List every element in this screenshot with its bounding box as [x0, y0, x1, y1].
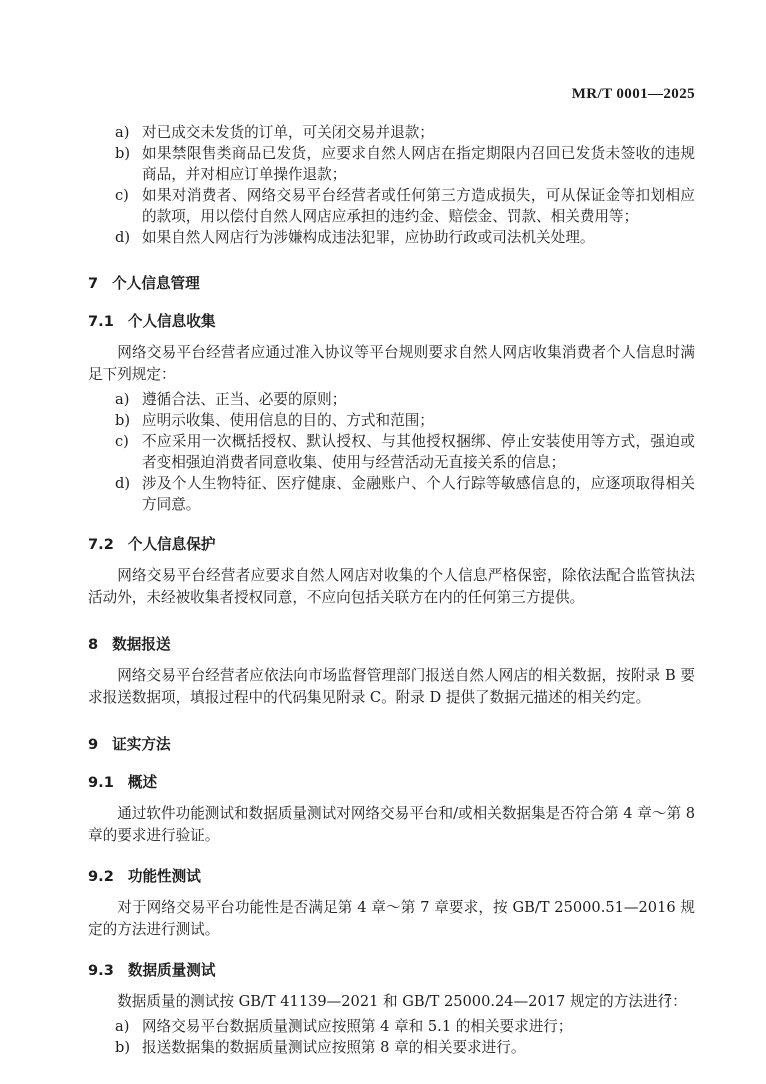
section-title: 个人信息收集: [128, 313, 216, 330]
clause-list-top: a) 对已成交未发货的订单，可关闭交易并退款； b) 如果禁限售类商品已发货，应…: [88, 122, 695, 248]
list-item: c) 如果对消费者、网络交易平台经营者或任何第三方造成损失，可从保证金等扣划相应…: [88, 185, 695, 227]
list-item: d) 如果自然人网店行为涉嫌构成违法犯罪，应协助行政或司法机关处理。: [88, 227, 695, 248]
list-item-text: 对已成交未发货的订单，可关闭交易并退款；: [142, 122, 695, 143]
list-item-text: 不应采用一次概括授权、默认授权、与其他授权捆绑、停止安装使用等方式，强迫或者变相…: [142, 431, 695, 473]
list-item: b) 应明示收集、使用信息的目的、方式和范围；: [88, 410, 695, 431]
list-item: c) 不应采用一次概括授权、默认授权、与其他授权捆绑、停止安装使用等方式，强迫或…: [88, 431, 695, 473]
paragraph: 数据质量的测试按 GB/T 41139—2021 和 GB/T 25000.24…: [88, 991, 695, 1013]
clause-list-9-3: a) 网络交易平台数据质量测试应按照第 4 章和 5.1 的相关要求进行； b)…: [88, 1016, 695, 1058]
section-heading-7-1: 7.1个人信息收集: [88, 313, 695, 330]
section-number: 9.3: [88, 962, 114, 979]
list-item-label: c): [115, 185, 142, 227]
paragraph: 对于网络交易平台功能性是否满足第 4 章～第 7 章要求，按 GB/T 2500…: [88, 897, 695, 941]
section-title: 数据报送: [112, 636, 170, 653]
list-item-label: a): [115, 122, 142, 143]
list-item-label: d): [115, 227, 142, 248]
section-heading-8: 8数据报送: [88, 636, 695, 653]
page-number: 7: [664, 992, 671, 1008]
list-item-text: 如果禁限售类商品已发货，应要求自然人网店在指定期限内召回已发货未签收的违规商品，…: [142, 143, 695, 185]
section-number: 7.2: [88, 536, 114, 553]
list-item: a) 对已成交未发货的订单，可关闭交易并退款；: [88, 122, 695, 143]
list-item-text: 应明示收集、使用信息的目的、方式和范围；: [142, 410, 695, 431]
section-number: 9.2: [88, 868, 114, 885]
section-heading-9-1: 9.1概述: [88, 774, 695, 791]
paragraph: 通过软件功能测试和数据质量测试对网络交易平台和/或相关数据集是否符合第 4 章～…: [88, 803, 695, 847]
running-header-doc-code: MR/T 0001—2025: [88, 86, 695, 102]
section-heading-9-3: 9.3数据质量测试: [88, 962, 695, 979]
list-item-text: 如果自然人网店行为涉嫌构成违法犯罪，应协助行政或司法机关处理。: [142, 227, 695, 248]
list-item: b) 如果禁限售类商品已发货，应要求自然人网店在指定期限内召回已发货未签收的违规…: [88, 143, 695, 185]
list-item-label: a): [115, 389, 142, 410]
list-item-text: 如果对消费者、网络交易平台经营者或任何第三方造成损失，可从保证金等扣划相应的款项…: [142, 185, 695, 227]
paragraph: 网络交易平台经营者应要求自然人网店对收集的个人信息严格保密，除依法配合监管执法活…: [88, 565, 695, 609]
section-title: 个人信息保护: [128, 536, 216, 553]
section-title: 数据质量测试: [128, 962, 216, 979]
list-item: a) 遵循合法、正当、必要的原则；: [88, 389, 695, 410]
section-number: 7: [88, 275, 98, 292]
list-item-label: c): [115, 431, 142, 473]
list-item-text: 遵循合法、正当、必要的原则；: [142, 389, 695, 410]
paragraph: 网络交易平台经营者应依法向市场监督管理部门报送自然人网店的相关数据，按附录 B …: [88, 665, 695, 709]
section-title: 证实方法: [112, 736, 170, 753]
section-number: 9: [88, 736, 98, 753]
clause-list-7-1: a) 遵循合法、正当、必要的原则； b) 应明示收集、使用信息的目的、方式和范围…: [88, 389, 695, 515]
list-item: a) 网络交易平台数据质量测试应按照第 4 章和 5.1 的相关要求进行；: [88, 1016, 695, 1037]
list-item-label: a): [115, 1016, 142, 1037]
section-heading-7-2: 7.2个人信息保护: [88, 536, 695, 553]
section-number: 9.1: [88, 774, 114, 791]
list-item-label: b): [115, 1037, 142, 1058]
section-heading-7: 7个人信息管理: [88, 275, 695, 292]
section-title: 个人信息管理: [112, 275, 200, 292]
section-number: 8: [88, 636, 98, 653]
section-title: 功能性测试: [128, 868, 201, 885]
section-heading-9: 9证实方法: [88, 736, 695, 753]
list-item-label: b): [115, 143, 142, 185]
document-page: MR/T 0001—2025 a) 对已成交未发货的订单，可关闭交易并退款； b…: [0, 0, 766, 1084]
section-number: 7.1: [88, 313, 114, 330]
list-item-label: b): [115, 410, 142, 431]
section-title: 概述: [128, 774, 157, 791]
list-item-text: 涉及个人生物特征、医疗健康、金融账户、个人行踪等敏感信息的，应逐项取得相关方同意…: [142, 473, 695, 515]
section-heading-9-2: 9.2功能性测试: [88, 868, 695, 885]
list-item-label: d): [115, 473, 142, 515]
list-item-text: 网络交易平台数据质量测试应按照第 4 章和 5.1 的相关要求进行；: [142, 1016, 695, 1037]
list-item: d) 涉及个人生物特征、医疗健康、金融账户、个人行踪等敏感信息的，应逐项取得相关…: [88, 473, 695, 515]
list-item: b) 报送数据集的数据质量测试应按照第 8 章的相关要求进行。: [88, 1037, 695, 1058]
paragraph: 网络交易平台经营者应通过准入协议等平台规则要求自然人网店收集消费者个人信息时满足…: [88, 342, 695, 386]
list-item-text: 报送数据集的数据质量测试应按照第 8 章的相关要求进行。: [142, 1037, 695, 1058]
